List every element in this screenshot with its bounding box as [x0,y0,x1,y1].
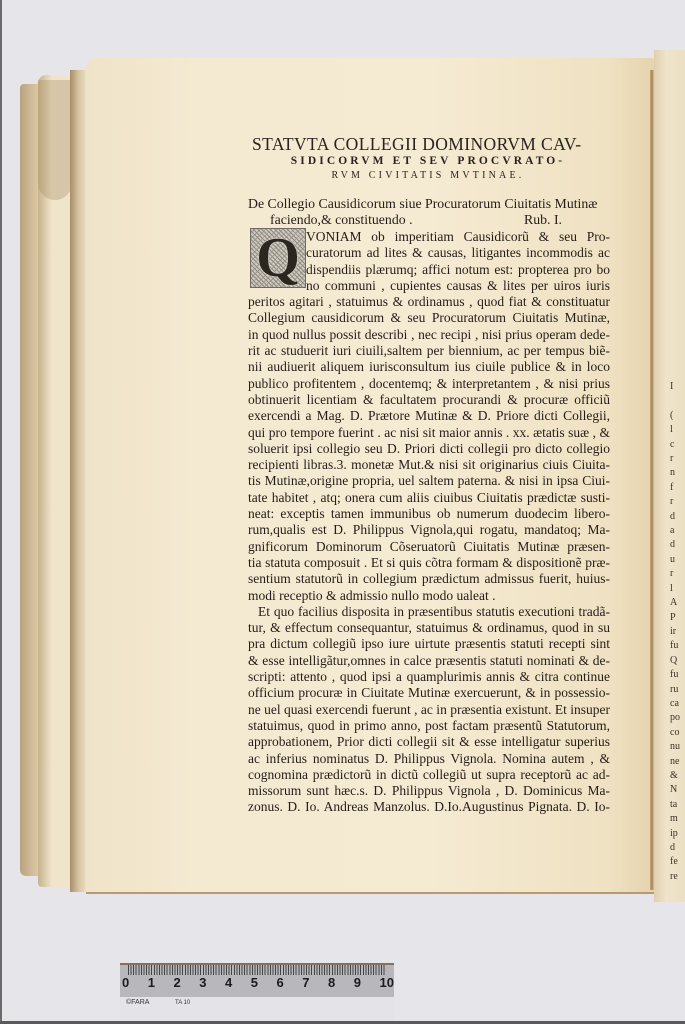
ruler-model: TA 10 [175,1000,190,1006]
body-line: tis Mutinæ,origine propria, uel saltem p… [248,473,610,489]
body-line: in quod nullus possit describi , nec rec… [248,327,610,343]
ruler-num: 3 [199,975,206,990]
body-line: ne uel quasi exercendi fuerunt , ac in p… [248,702,610,718]
statute-heading: STATVTA COLLEGII DOMINORVM CAV- SIDICORV… [248,134,608,183]
body-line: officium procuræ in Ciuitate Mutinæ exer… [248,685,610,701]
heading-line-2: SIDICORVM ET SEV PROCVRATO- [248,154,608,169]
body-line: neat: exceptis tamen immunibus ob numeru… [248,506,610,522]
scale-ruler: 0 1 2 3 4 5 6 7 8 9 10 ©FARA TA 10 [120,963,394,1024]
ruler-ticks [128,965,386,975]
ruler-num: 8 [328,975,335,990]
ruler-brand: ©FARA [126,999,149,1006]
body-line: rum,qualis est D. Philippus Vignola,qui … [248,522,610,538]
body-line: zonus. D. Io. Andreas Manzolus. D.Io.Aug… [248,799,610,815]
body-line: gnificorum Dominorum Cõseruatorũ Ciuitat… [248,539,610,555]
ruler-num: 10 [380,975,394,990]
body-line: Et quo facilius disposita in præsentibus… [248,604,610,620]
ruler-num: 6 [277,975,284,990]
body-line: modi receptio & admissio nullo modo uale… [248,588,610,604]
body-line: & esse intelligãtur,omnes in calce præse… [248,653,610,669]
body-line: publico profitentem , docentemq; & inter… [248,376,610,392]
body-line: tate habitet , atq; onera cum aliis ciui… [248,490,610,506]
body-line: peritos agitari , statuimus & ordinamus … [248,294,610,310]
rubric-title: De Collegio Causidicorum siue Procurator… [248,196,610,228]
heading-line-1: STATVTA COLLEGII DOMINORVM CAV- [252,134,608,154]
facing-page-text: I ( l c r n f r d a d u r l A P ir fu Q … [670,380,680,884]
body-line: statuimus, quod in primo anno, post fact… [248,718,610,734]
rubric-line-1: De Collegio Causidicorum siue Procurator… [248,196,610,212]
book-page-recto-sliver: I ( l c r n f r d a d u r l A P ir fu Q … [654,50,685,902]
body-line: scripti: attento , quod ipsi a quampluri… [248,669,610,685]
drop-cap-letter: Q [256,230,300,286]
ruler-num: 0 [122,975,129,990]
rubric-number: Rub. I. [524,212,562,228]
body-line: tur, & effectum consequantur, statuimus … [248,620,610,636]
body-line: ac inferius nominatus D. Philippus Vigno… [248,751,610,767]
heading-line-3: RVM CIVITATIS MVTINAE. [248,169,608,183]
ruler-numbers: 0 1 2 3 4 5 6 7 8 9 10 [122,975,394,990]
ruler-num: 1 [148,975,155,990]
ruler-num: 5 [251,975,258,990]
body-line: soluerit ipsi collegio seu D. Priori dic… [248,441,610,457]
body-line: nii audiuerit aliquem iurisconsultum ius… [248,359,610,375]
body-line: recipienti libras.3. monetæ Mut.& nisi s… [248,457,610,473]
body-line: qui pro tempore fuerint . ac nisi sit ma… [248,425,610,441]
body-line: obtinuerit licentiam & facultatem procur… [248,392,610,408]
decorated-initial-q: Q [250,228,306,288]
body-line: tia statuta composuit . Et si quis cõtra… [248,555,610,571]
ruler-num: 9 [354,975,361,990]
statute-body: VONIAM ob imperitiam Causidicorũ & seu P… [248,229,610,816]
body-line: missorum sunt hæc.s. D. Philippus Vignol… [248,783,610,799]
water-stain [38,80,72,200]
body-line: sentium statutorũ in collegium prædictum… [248,571,610,587]
ruler-num: 4 [225,975,232,990]
body-line: approbationem, Prior dicti collegii sit … [248,734,610,750]
body-line: Collegium causidicorum & seu Procuratoru… [248,310,610,326]
ruler-num: 7 [302,975,309,990]
body-line: rit ac studuerit iuri ciuili,saltem per … [248,343,610,359]
body-line: pra dictum collegiũ ipso iure uirtute pr… [248,636,610,652]
image-frame-left [0,0,2,1024]
body-line: exercendi a Mag. D. Prætore Mutinæ & D. … [248,408,610,424]
ruler-num: 2 [174,975,181,990]
body-line: cognomina prædictorũ in dictũ collegiũ u… [248,767,610,783]
